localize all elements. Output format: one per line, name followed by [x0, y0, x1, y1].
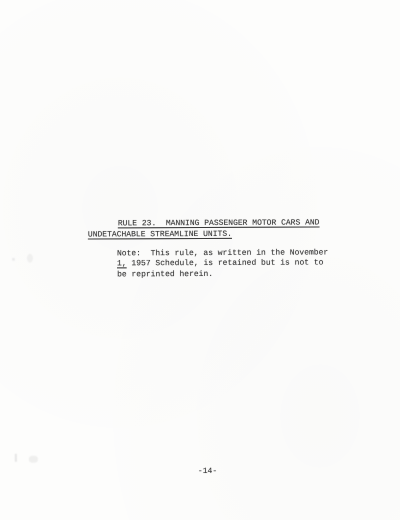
note-line2-rest: 1957 Schedule, is retained but is not to	[127, 258, 324, 268]
rule-heading-line1: RULE 23. MANNING PASSENGER MOTOR CARS AN…	[118, 218, 320, 229]
note-line3: be reprinted herein.	[117, 270, 213, 280]
scan-artifact-speck-1	[12, 258, 15, 261]
document-sheet: RULE 23. MANNING PASSENGER MOTOR CARS AN…	[0, 0, 400, 520]
note-line2: 1, 1957 Schedule, is retained but is not…	[117, 258, 323, 269]
rule-heading-line2: UNDETACHABLE STREAMLINE UNITS.	[88, 230, 232, 241]
scan-artifact-mark-1	[15, 454, 17, 462]
scan-artifact-speck-2	[27, 254, 33, 263]
scanned-document-page: RULE 23. MANNING PASSENGER MOTOR CARS AN…	[0, 0, 400, 520]
scan-artifact-mark-2	[29, 456, 38, 463]
note-line2-underlined-date: 1,	[117, 259, 127, 268]
page-number: -14-	[198, 467, 217, 477]
